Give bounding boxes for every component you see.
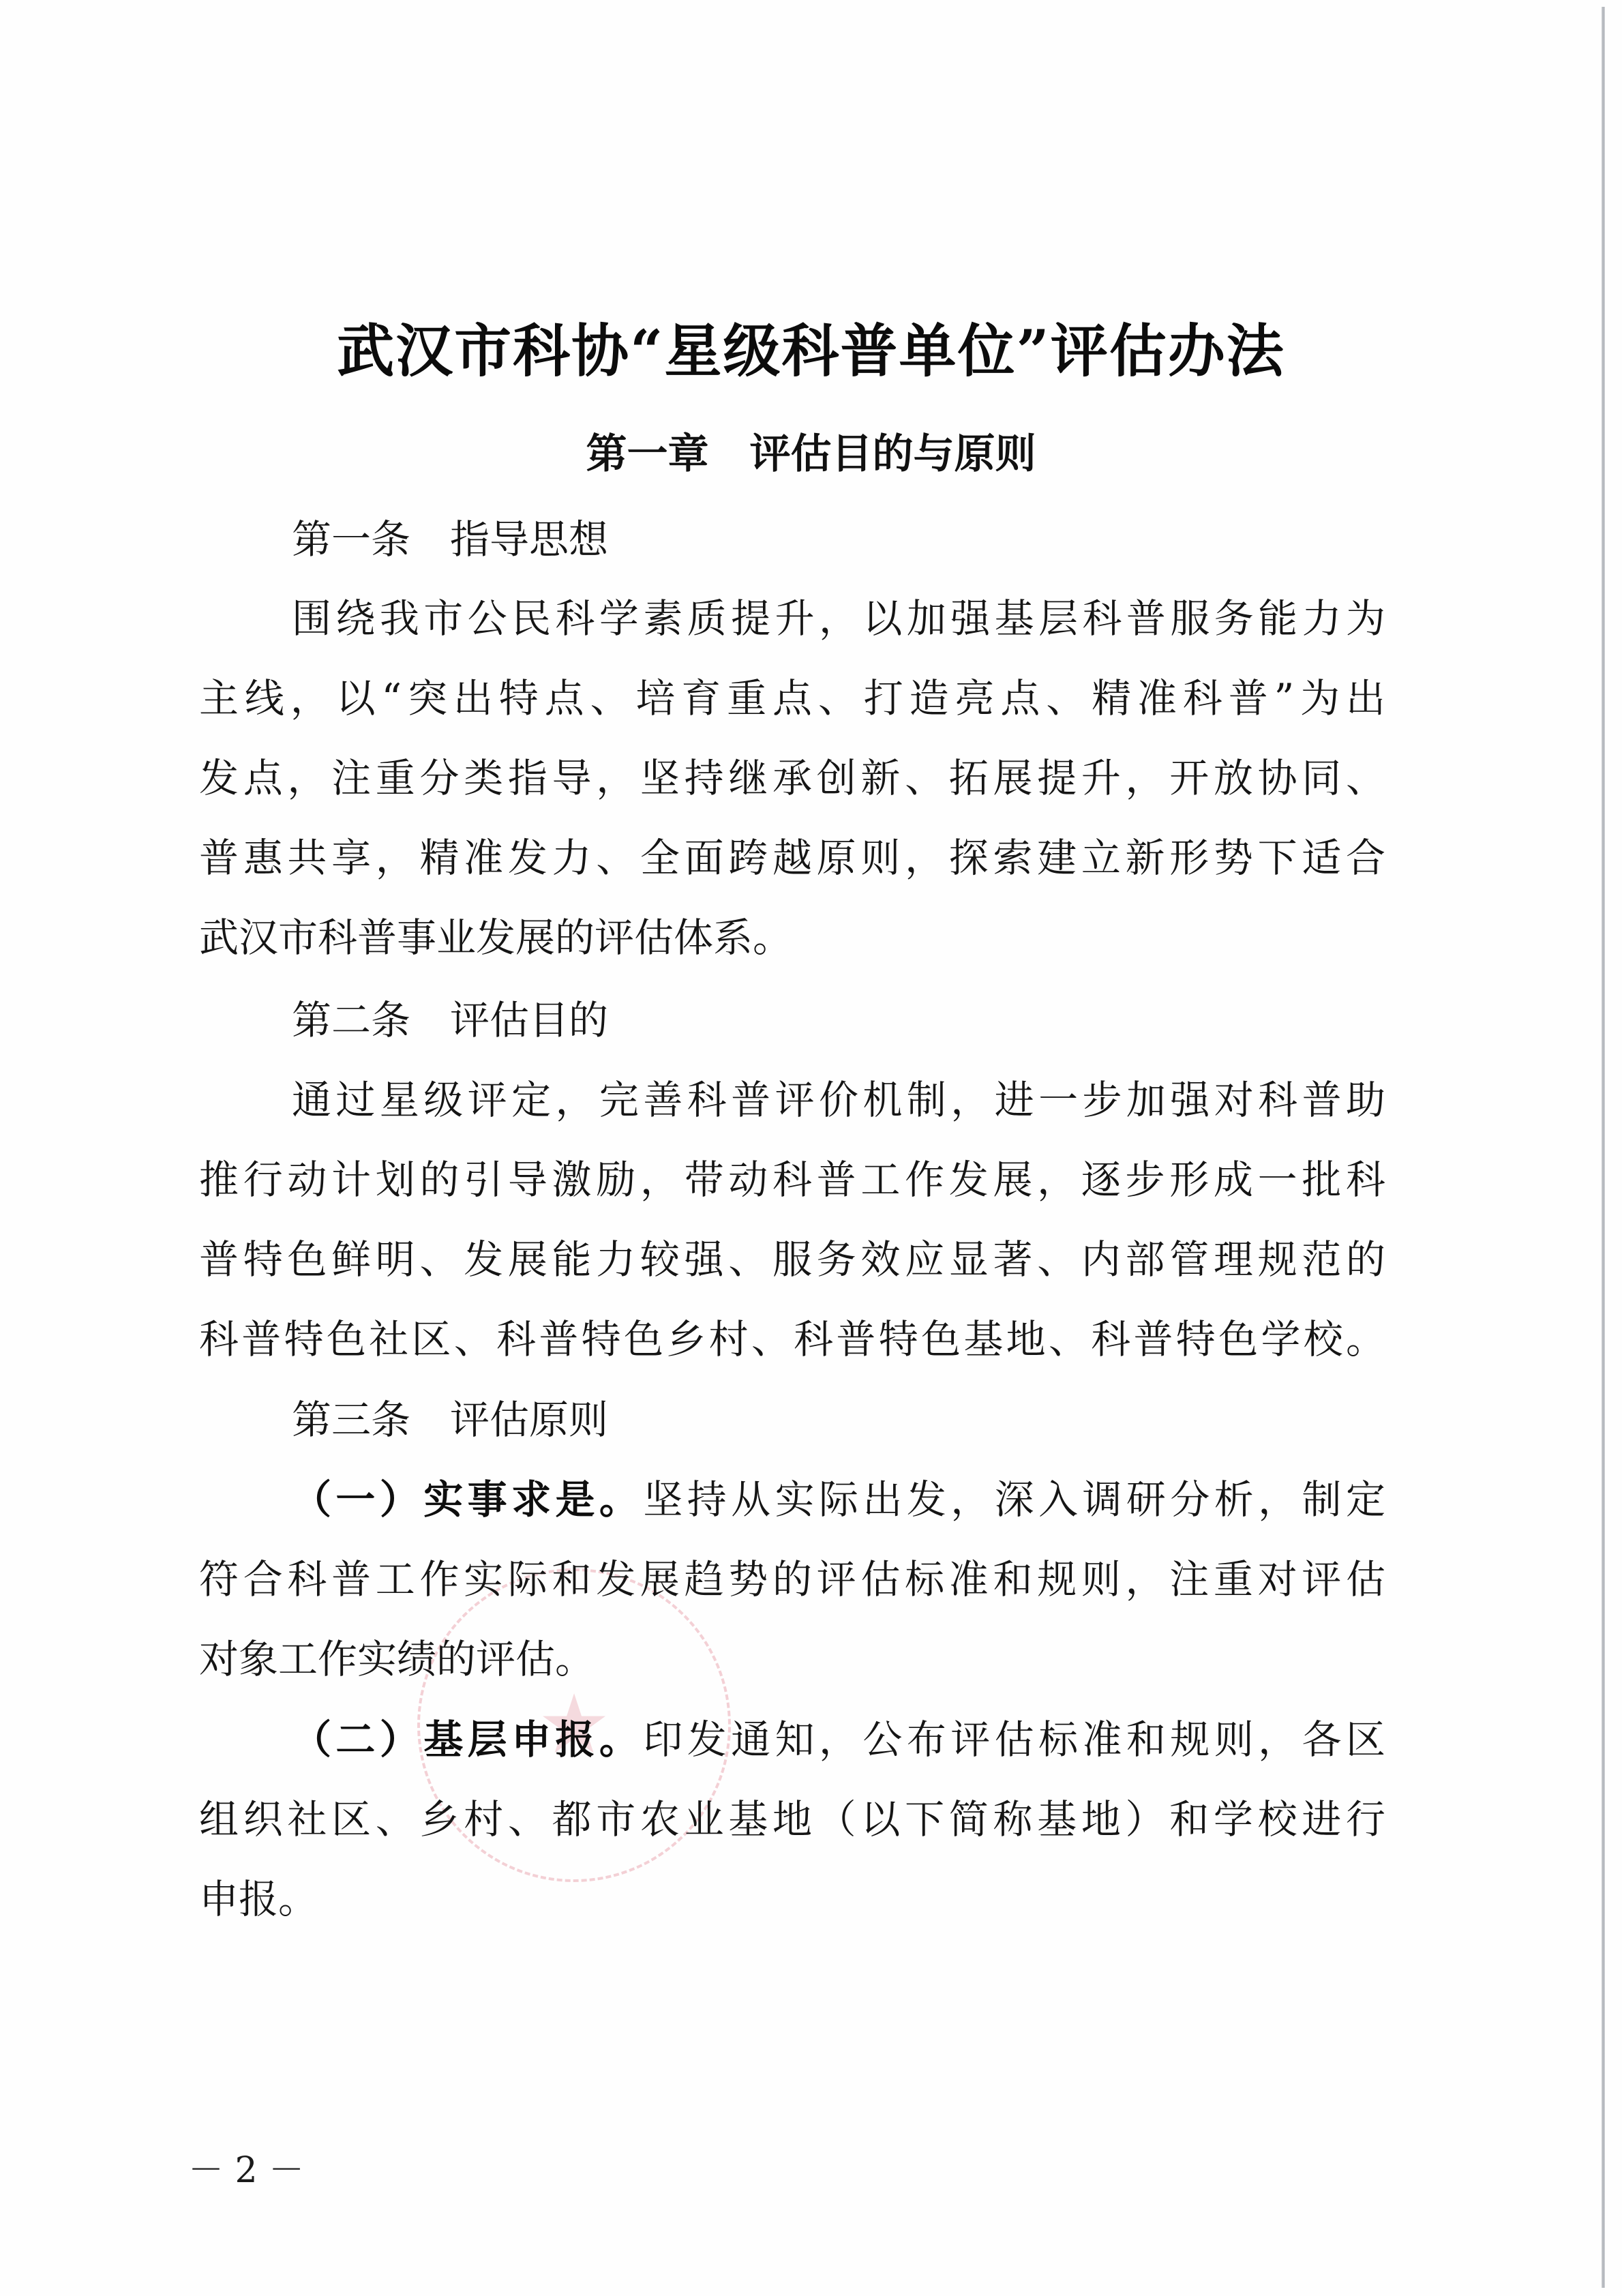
principle-2-lead: （二）基层申报。 <box>292 1716 643 1763</box>
principle-1-first-line: （一）实事求是。坚持从实际出发，深入调研分析，制定 <box>292 1476 1385 1523</box>
principle-1-text: 坚持从实际出发，深入调研分析，制定 <box>643 1476 1385 1523</box>
principle-1-line: 符合科普工作实际和发展趋势的评估标准和规则，注重对评估 <box>199 1555 1385 1603</box>
article-2-line: 通过星级评定，完善科普评价机制，进一步加强对科普助 <box>292 1076 1385 1124</box>
article-1-line: 主线，以“突出特点、培育重点、打造亮点、精准科普”为出 <box>199 674 1385 722</box>
article-3-heading: 第三条 评估原则 <box>292 1396 608 1444</box>
principle-2-line: 组织社区、乡村、都市农业基地（以下简称基地）和学校进行 <box>199 1795 1385 1843</box>
principle-1-lead: （一）实事求是。 <box>292 1476 643 1523</box>
article-2-line: 推行动计划的引导激励，带动科普工作发展，逐步形成一批科 <box>199 1156 1385 1204</box>
article-2-line: 普特色鲜明、发展能力较强、服务效应显著、内部管理规范的 <box>199 1236 1385 1283</box>
page-number: － 2 － <box>188 2141 304 2192</box>
chapter-heading: 第一章 评估目的与原则 <box>0 421 1622 480</box>
article-2-line: 科普特色社区、科普特色乡村、科普特色基地、科普特色学校。 <box>199 1315 1385 1363</box>
document-title: 武汉市科协“星级科普单位”评估办法 <box>0 305 1622 388</box>
principle-1-line: 对象工作实绩的评估。 <box>199 1635 1385 1683</box>
principle-2-line: 申报。 <box>199 1875 1385 1923</box>
document-page: ★ 武汉市科协“星级科普单位”评估办法 第一章 评估目的与原则 第一条 指导思想… <box>0 0 1622 2296</box>
article-1-line: 围绕我市公民科学素质提升，以加强基层科普服务能力为 <box>292 595 1385 642</box>
article-1-line: 武汉市科普事业发展的评估体系。 <box>199 914 1385 961</box>
article-1-heading: 第一条 指导思想 <box>292 516 608 563</box>
article-1-line: 发点，注重分类指导，坚持继承创新、拓展提升，开放协同、 <box>199 754 1385 802</box>
article-2-heading: 第二条 评估目的 <box>292 996 608 1044</box>
article-1-line: 普惠共享，精准发力、全面跨越原则，探索建立新形势下适合 <box>199 834 1385 882</box>
principle-2-first-line: （二）基层申报。印发通知，公布评估标准和规则，各区 <box>292 1716 1385 1763</box>
principle-2-text: 印发通知，公布评估标准和规则，各区 <box>643 1716 1385 1763</box>
